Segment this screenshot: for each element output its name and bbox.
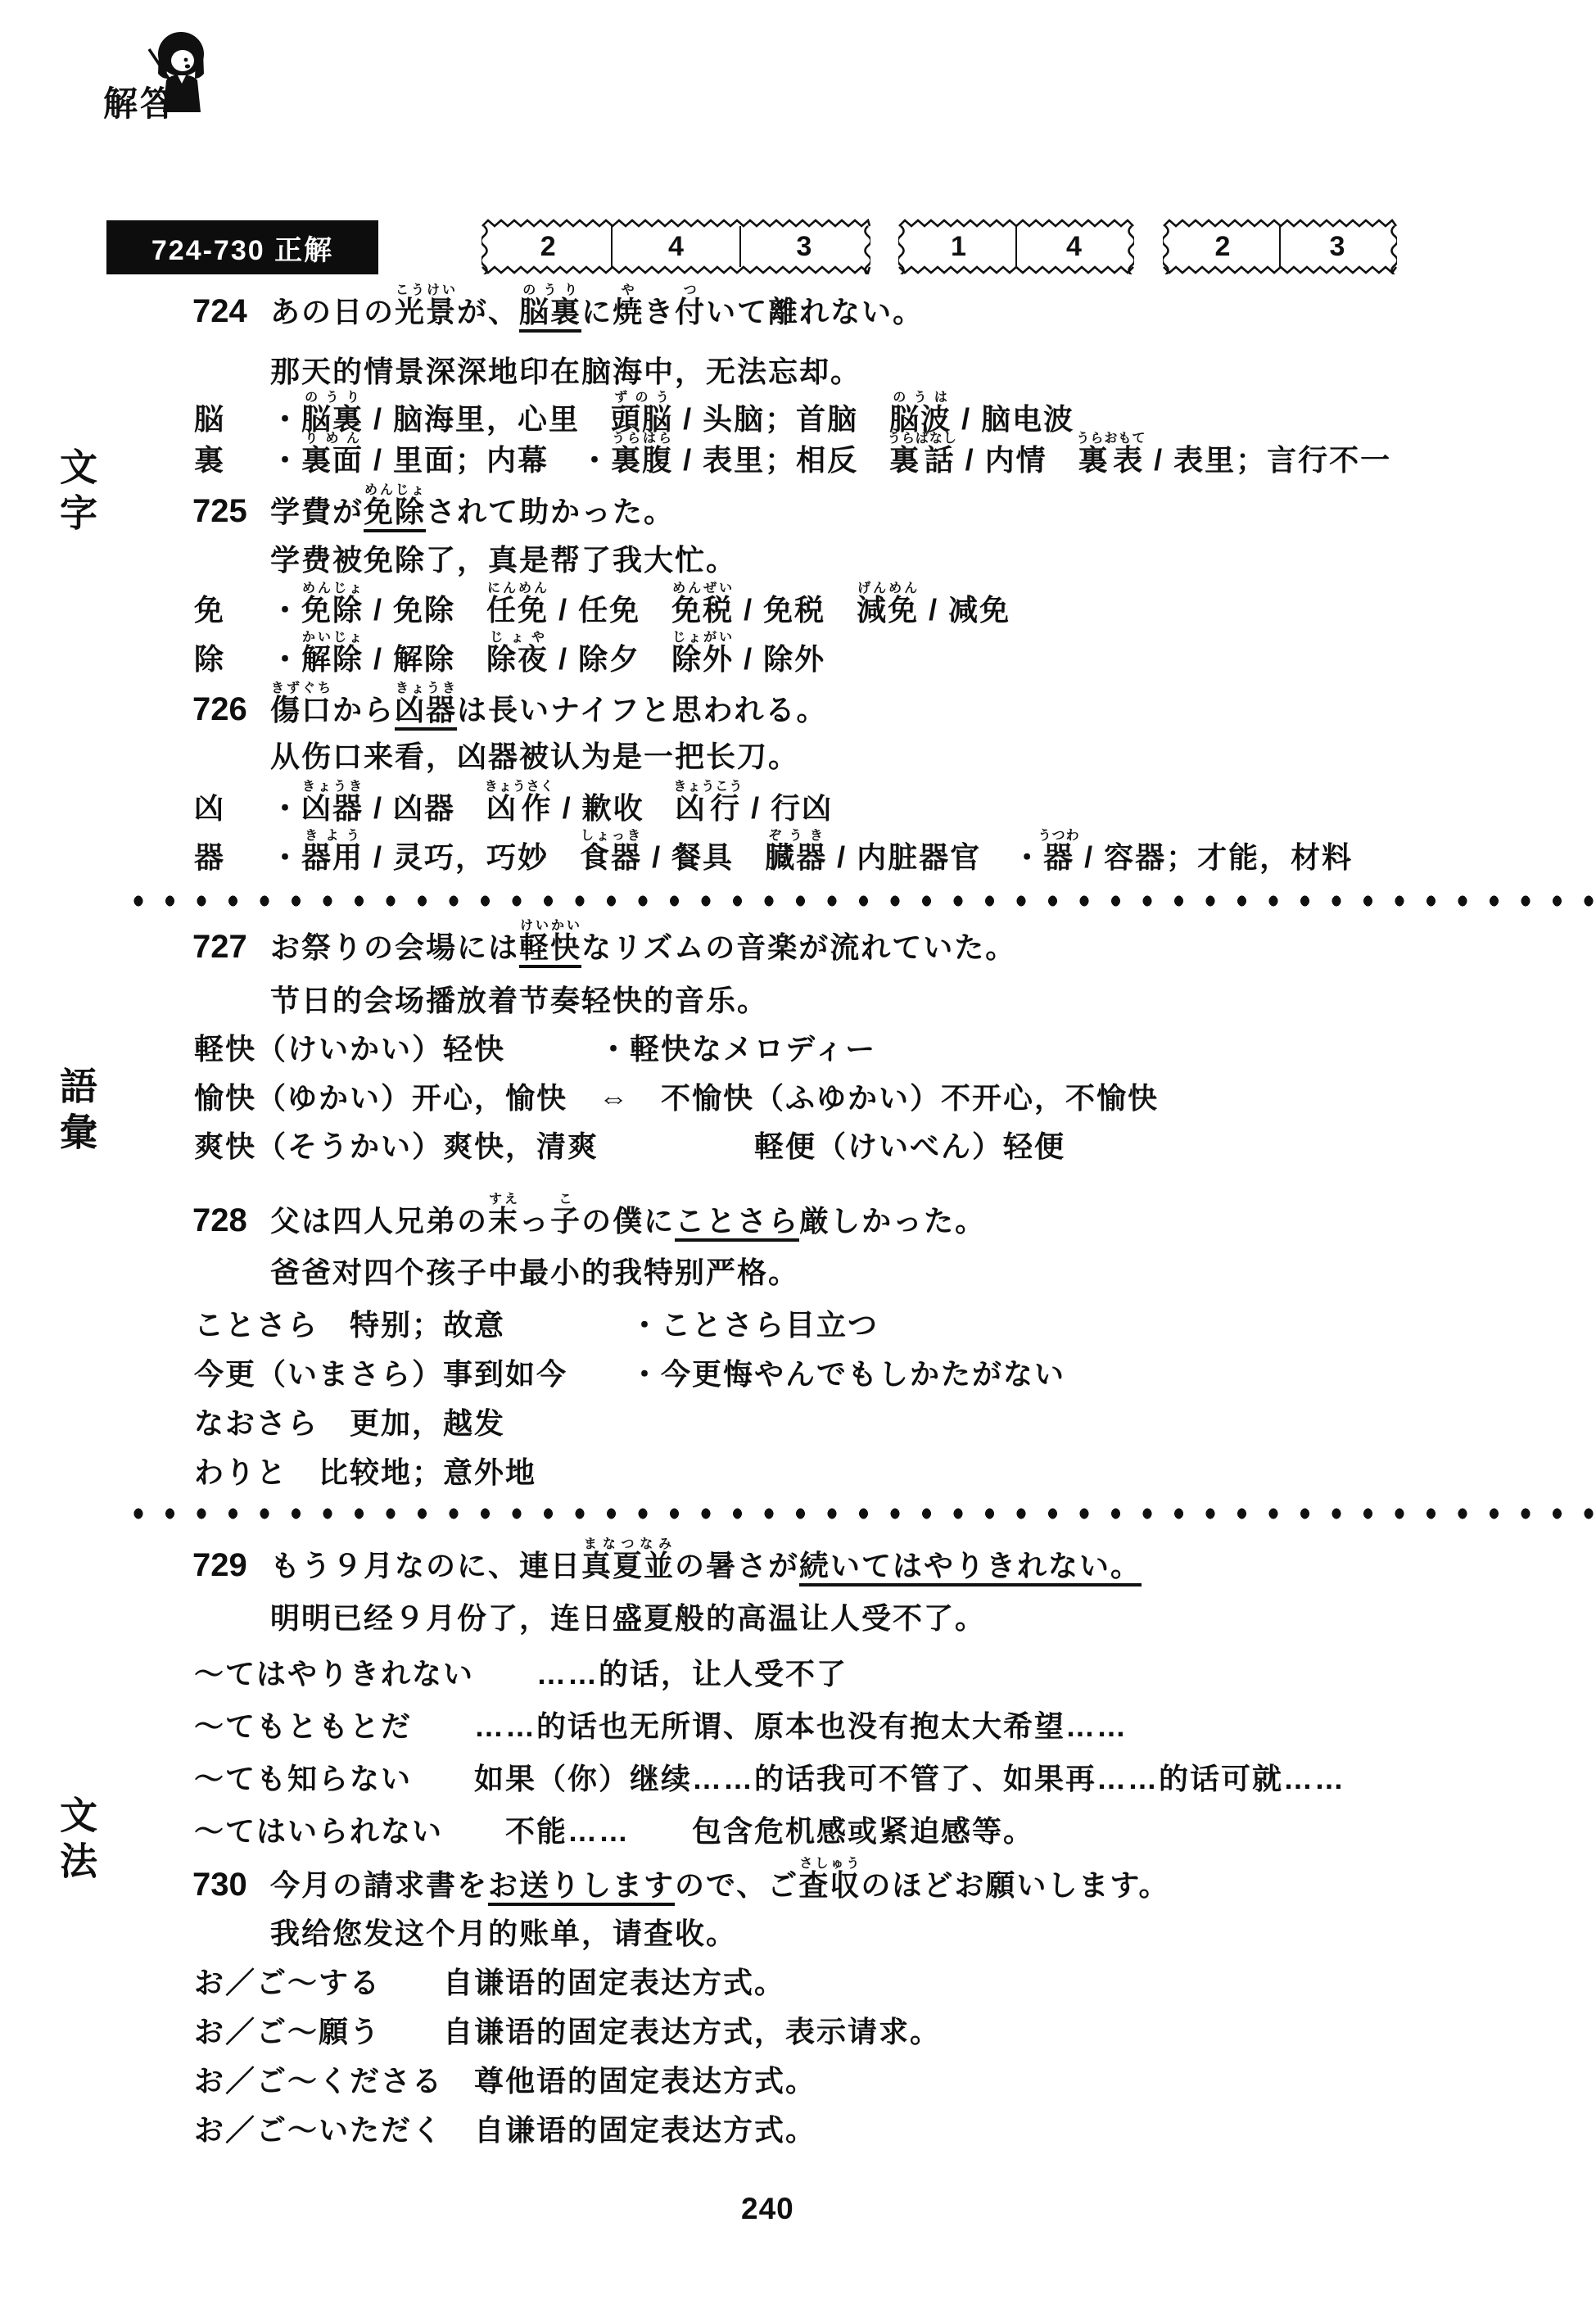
- page-number: 240: [741, 2192, 794, 2226]
- sidebar-label-goi: 語彙: [49, 1066, 103, 1158]
- dotted-divider: [123, 894, 1596, 908]
- question-724-number: 724: [192, 283, 247, 339]
- kanji-head: 免: [194, 582, 270, 638]
- question-725-sentence: 学費が免除めんじょされて助かった。: [270, 483, 675, 540]
- question-729-translation-zh: 明明已经９月份了，连日盛夏般的高温让人受不了。: [270, 1591, 986, 1646]
- question-727-translation-zh: 节日的会场播放着节奏轻快的音乐。: [270, 973, 768, 1029]
- usage-row: ～てはいられない 不能…… 包含危机感或紧迫感等。: [194, 1804, 1034, 1859]
- vocab-row-kyou: 凶・凶器きょうき / 凶器 凶作きょうさく / 歉收 凶行きょうこう / 行凶: [194, 780, 833, 836]
- eye: [184, 58, 188, 62]
- usage-row: わりと 比较地；意外地: [194, 1445, 536, 1500]
- kanji-head: 裏: [194, 432, 270, 488]
- usage-row: 軽快（けいかい）轻快 ・軽快なメロディー: [194, 1021, 876, 1077]
- hand: [168, 80, 174, 87]
- vocab-row-men: 免・免除めんじょ / 免除 任免にんめん / 任免 免税めんぜい / 免税 減免…: [194, 582, 1010, 638]
- question-726-translation-zh: 从伤口来看，凶器被认为是一把长刀。: [270, 729, 799, 785]
- answer-cell: 2: [1166, 226, 1279, 267]
- question-727-sentence: お祭りの会場には軽快けいかいなリズムの音楽が流れていた。: [270, 919, 1016, 975]
- kanji-head: 器: [194, 830, 270, 885]
- usage-row: ～てはやりきれない ……的话，让人受不了: [194, 1646, 848, 1702]
- sidebar-label-moji: 文字: [49, 447, 103, 539]
- answer-strip-group-2: 1 4: [898, 219, 1134, 274]
- scanned-textbook-page: { "page": {"number": "240"}, "sidebar": …: [0, 0, 1596, 2322]
- teacher-girl-illustration: [144, 29, 215, 116]
- question-728-translation-zh: 爸爸对四个孩子中最小的我特别严格。: [270, 1245, 799, 1301]
- question-730-sentence: 今月の請求書をお送りしますので、ご査収さしゅうのほどお願いします。: [270, 1857, 1169, 1913]
- dotted-divider: [123, 1507, 1596, 1521]
- question-730-number: 730: [192, 1857, 247, 1912]
- answer-cell: 3: [739, 226, 867, 267]
- question-726-number: 726: [192, 681, 247, 737]
- answer-strip-group-1: 2 4 3: [482, 219, 870, 274]
- usage-row: ことさら 特别；故意 ・ことさら目立つ: [194, 1297, 879, 1353]
- question-730-translation-zh: 我给您发这个月的账单，请查收。: [270, 1906, 737, 1962]
- vocab-row-jo: 除・解除かいじょ / 解除 除夜じょや / 除夕 除外じょがい / 除外: [194, 631, 825, 687]
- usage-row: 爽快（そうかい）爽快，清爽 軽便（けいべん）轻便: [194, 1119, 1065, 1175]
- mouth: [185, 65, 190, 69]
- question-725-number: 725: [192, 483, 247, 539]
- usage-row: お／ご～くださる 尊他语的固定表达方式。: [194, 2053, 816, 2109]
- answer-cell: 1: [902, 226, 1015, 267]
- answer-strip-group-3: 2 3: [1163, 219, 1397, 274]
- usage-row: お／ご～願う 自谦语的固定表达方式，表示请求。: [194, 2004, 941, 2060]
- question-729-number: 729: [192, 1537, 247, 1593]
- vocab-row-ki: 器・器用きよう / 灵巧，巧妙 食器しょっき / 餐具 臓器ぞうき / 内脏器官…: [194, 829, 1353, 885]
- answer-cell: 3: [1279, 226, 1394, 267]
- sidebar-label-bunpou: 文法: [49, 1795, 103, 1887]
- question-728-sentence: 父は四人兄弟の末すえっ子この僕にことさら厳しかった。: [270, 1193, 986, 1249]
- usage-row: ～てもともとだ ……的话也无所谓、原本也没有抱太大希望……: [194, 1699, 1128, 1754]
- kanji-head: 凶: [194, 781, 270, 836]
- usage-row: ～ても知らない 如果（你）继续……的话我可不管了、如果再……的话可就……: [194, 1751, 1345, 1807]
- question-725-translation-zh: 学费被免除了，真是帮了我大忙。: [270, 532, 737, 588]
- answer-range-badge: 724-730 正解: [106, 220, 378, 274]
- usage-row: 愉快（ゆかい）开心，愉快 ⇔ 不愉快（ふゆかい）不开心，不愉快: [194, 1070, 1159, 1126]
- question-729-sentence: もう９月なのに、連日真夏並まなつなみの暑さが続いてはやりきれない。: [270, 1537, 1142, 1594]
- usage-row: 今更（いまさら）事到如今 ・今更悔やんでもしかたがない: [194, 1347, 1065, 1402]
- answer-cell: 4: [611, 226, 739, 267]
- usage-row: お／ご～する 自谦语的固定表达方式。: [194, 1955, 785, 2011]
- question-727-number: 727: [192, 919, 247, 975]
- usage-row: お／ご～いただく 自谦语的固定表达方式。: [194, 2102, 816, 2158]
- answer-cell: 2: [485, 226, 611, 267]
- question-724-sentence: あの日の光景こうけいが、脳裏のうりに焼やき付ついて離れない。: [270, 283, 924, 340]
- answer-cell: 4: [1015, 226, 1131, 267]
- kanji-head: 除: [194, 631, 270, 687]
- vocab-row-ura: 裏・裏面りめん / 里面；内幕 ・裏腹うらはら / 表里；相反 裏話うらばなし …: [194, 432, 1391, 488]
- question-728-number: 728: [192, 1193, 247, 1248]
- usage-row: なおさら 更加，越发: [194, 1396, 505, 1451]
